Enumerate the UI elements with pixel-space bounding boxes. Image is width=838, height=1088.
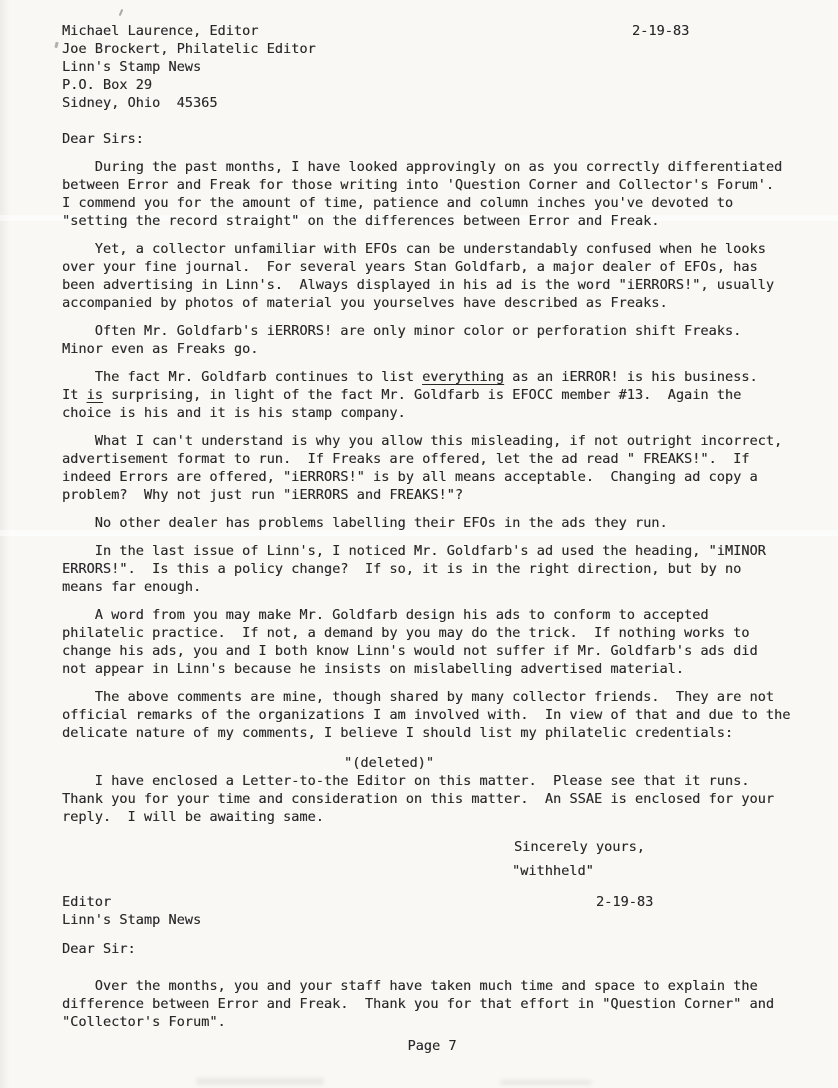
letter-line: been advertising in Linn's. Always displ… bbox=[62, 276, 802, 294]
page-number: Page 7 bbox=[62, 1037, 802, 1055]
text-segment: Thank you for your time and consideratio… bbox=[62, 791, 774, 807]
letter-paragraph: A word from you may make Mr. Goldfarb de… bbox=[62, 606, 802, 678]
text-segment: P.O. Box 29 bbox=[62, 77, 152, 93]
text-segment: I commend you for the amount of time, pa… bbox=[62, 195, 733, 211]
scan-smudge bbox=[500, 1080, 592, 1085]
text-segment: official remarks of the organizations I … bbox=[62, 707, 790, 723]
text-segment: "setting the record straight" on the dif… bbox=[62, 213, 659, 229]
text-segment: indeed Errors are offered, "iERRORS!" is… bbox=[62, 469, 758, 485]
text-segment: In the last issue of Linn's, I noticed M… bbox=[62, 543, 766, 559]
text-segment: delicate nature of my comments, I believ… bbox=[62, 725, 733, 741]
letter-line: The fact Mr. Goldfarb continues to list … bbox=[62, 368, 802, 386]
letter-line: not appear in Linn's because he insists … bbox=[62, 660, 802, 678]
letter-line: means far enough. bbox=[62, 578, 802, 596]
letter-line: Michael Laurence, Editor bbox=[62, 22, 802, 40]
text-segment: Linn's Stamp News bbox=[62, 59, 201, 75]
letter-paragraph: No other dealer has problems labelling t… bbox=[62, 514, 802, 532]
second-letter-date: 2-19-83 bbox=[596, 893, 653, 911]
signoff: Sincerely yours, bbox=[514, 838, 802, 856]
text-segment: reply. I will be awaiting same. bbox=[62, 809, 324, 825]
text-segment: surprising, in light of the fact Mr. Gol… bbox=[103, 387, 741, 403]
letter-line: P.O. Box 29 bbox=[62, 76, 802, 94]
text-segment: A word from you may make Mr. Goldfarb de… bbox=[62, 607, 709, 623]
letter-line: "Collector's Forum". bbox=[62, 1013, 802, 1031]
text-segment: means far enough. bbox=[62, 579, 201, 595]
letter-line: I have enclosed a Letter-to-the Editor o… bbox=[62, 772, 802, 790]
scan-artifact-mark bbox=[54, 42, 58, 49]
second-letter-recipient: EditorLinn's Stamp News bbox=[62, 893, 802, 929]
text-segment: advertisement format to run. If Freaks a… bbox=[62, 451, 749, 467]
salutation: Dear Sirs: bbox=[62, 130, 802, 148]
text-segment: choice is his and it is his stamp compan… bbox=[62, 405, 406, 421]
letter-line: indeed Errors are offered, "iERRORS!" is… bbox=[62, 468, 802, 486]
text-segment: During the past months, I have looked ap… bbox=[62, 159, 782, 175]
letter-line: Joe Brockert, Philatelic Editor bbox=[62, 40, 802, 58]
text-segment: between Error and Freak for those writin… bbox=[62, 177, 774, 193]
letter-line: advertisement format to run. If Freaks a… bbox=[62, 450, 802, 468]
text-segment: philatelic practice. If not, a demand by… bbox=[62, 625, 749, 641]
letter-line: ERRORS!". Is this a policy change? If so… bbox=[62, 560, 802, 578]
letter-line: During the past months, I have looked ap… bbox=[62, 158, 802, 176]
text-segment: as an iERROR! is his business. bbox=[504, 369, 758, 385]
letter-paragraph: Often Mr. Goldfarb's iERRORS! are only m… bbox=[62, 322, 802, 358]
letter-line: In the last issue of Linn's, I noticed M… bbox=[62, 542, 802, 560]
scan-smudge bbox=[196, 1078, 324, 1085]
text-segment: The fact Mr. Goldfarb continues to list bbox=[62, 369, 422, 385]
letter-paragraph: During the past months, I have looked ap… bbox=[62, 158, 802, 230]
text-segment: change his ads, you and I both know Linn… bbox=[62, 643, 758, 659]
letter-content: Michael Laurence, EditorJoe Brockert, Ph… bbox=[62, 22, 802, 1055]
text-segment: Minor even as Freaks go. bbox=[62, 341, 258, 357]
text-segment: Sidney, Ohio 45365 bbox=[62, 95, 218, 111]
letter-paragraph: In the last issue of Linn's, I noticed M… bbox=[62, 542, 802, 596]
letter-paragraph: Yet, a collector unfamiliar with EFOs ca… bbox=[62, 240, 802, 312]
letter-line: Editor bbox=[62, 893, 802, 911]
letter-line: "setting the record straight" on the dif… bbox=[62, 212, 802, 230]
text-segment: ERRORS!". Is this a policy change? If so… bbox=[62, 561, 741, 577]
letter-line: official remarks of the organizations I … bbox=[62, 706, 802, 724]
letter-line: problem? Why not just run "iERRORS and F… bbox=[62, 486, 802, 504]
text-segment: Editor bbox=[62, 894, 111, 910]
letter-line: Thank you for your time and consideratio… bbox=[62, 790, 802, 808]
text-segment: been advertising in Linn's. Always displ… bbox=[62, 277, 774, 293]
letter-line: accompanied by photos of material you yo… bbox=[62, 294, 802, 312]
text-segment: problem? Why not just run "iERRORS and F… bbox=[62, 487, 463, 503]
text-segment: Yet, a collector unfamiliar with EFOs ca… bbox=[62, 241, 766, 257]
letter-line: Over the months, you and your staff have… bbox=[62, 977, 802, 995]
letter-line: difference between Error and Freak. Than… bbox=[62, 995, 802, 1013]
text-segment: Linn's Stamp News bbox=[62, 912, 201, 928]
letter-line: over your fine journal. For several year… bbox=[62, 258, 802, 276]
letter-line: Minor even as Freaks go. bbox=[62, 340, 802, 358]
letter-line: Linn's Stamp News bbox=[62, 911, 802, 929]
letter-line: A word from you may make Mr. Goldfarb de… bbox=[62, 606, 802, 624]
letter-line: Linn's Stamp News bbox=[62, 58, 802, 76]
letter-paragraph: Over the months, you and your staff have… bbox=[62, 977, 802, 1031]
text-segment: The above comments are mine, though shar… bbox=[62, 689, 774, 705]
letter-line: reply. I will be awaiting same. bbox=[62, 808, 802, 826]
scan-artifact-mark bbox=[119, 9, 124, 16]
second-letter-header: EditorLinn's Stamp News 2-19-83 bbox=[62, 893, 802, 929]
text-segment: Over the months, you and your staff have… bbox=[62, 978, 758, 994]
letter-paragraph: I have enclosed a Letter-to-the Editor o… bbox=[62, 772, 802, 826]
letter-paragraph: The fact Mr. Goldfarb continues to list … bbox=[62, 368, 802, 422]
text-segment: It bbox=[62, 387, 87, 403]
deleted-credentials-note: "(deleted)" bbox=[344, 754, 802, 772]
text-segment: Michael Laurence, Editor bbox=[62, 23, 258, 39]
text-segment: Often Mr. Goldfarb's iERRORS! are only m… bbox=[62, 323, 741, 339]
text-segment: Joe Brockert, Philatelic Editor bbox=[62, 41, 316, 57]
signature-withheld: "withheld" bbox=[512, 862, 802, 880]
text-segment: is bbox=[87, 387, 103, 403]
letter-line: Yet, a collector unfamiliar with EFOs ca… bbox=[62, 240, 802, 258]
letter-line: I commend you for the amount of time, pa… bbox=[62, 194, 802, 212]
recipient-address-block: Michael Laurence, EditorJoe Brockert, Ph… bbox=[62, 22, 802, 112]
letter-line: change his ads, you and I both know Linn… bbox=[62, 642, 802, 660]
letter-scan-page: 2-19-83 Michael Laurence, EditorJoe Broc… bbox=[0, 0, 838, 1088]
text-segment: not appear in Linn's because he insists … bbox=[62, 661, 684, 677]
letter-line: choice is his and it is his stamp compan… bbox=[62, 404, 802, 422]
text-segment: over your fine journal. For several year… bbox=[62, 259, 758, 275]
letter-line: No other dealer has problems labelling t… bbox=[62, 514, 802, 532]
letter-line: Often Mr. Goldfarb's iERRORS! are only m… bbox=[62, 322, 802, 340]
text-segment: accompanied by photos of material you yo… bbox=[62, 295, 668, 311]
letter-line: between Error and Freak for those writin… bbox=[62, 176, 802, 194]
text-segment: everything bbox=[422, 369, 504, 385]
letter-line: delicate nature of my comments, I believ… bbox=[62, 724, 802, 742]
letter-line: It is surprising, in light of the fact M… bbox=[62, 386, 802, 404]
letter-line: philatelic practice. If not, a demand by… bbox=[62, 624, 802, 642]
text-segment: difference between Error and Freak. Than… bbox=[62, 996, 774, 1012]
letter-line: Sidney, Ohio 45365 bbox=[62, 94, 802, 112]
letter-paragraph: The above comments are mine, though shar… bbox=[62, 688, 802, 742]
letter-line: What I can't understand is why you allow… bbox=[62, 432, 802, 450]
text-segment: What I can't understand is why you allow… bbox=[62, 433, 782, 449]
letter-line: The above comments are mine, though shar… bbox=[62, 688, 802, 706]
second-letter-salutation: Dear Sir: bbox=[62, 940, 802, 958]
text-segment: I have enclosed a Letter-to-the Editor o… bbox=[62, 773, 749, 789]
text-segment: No other dealer has problems labelling t… bbox=[62, 515, 668, 531]
letter-paragraph: What I can't understand is why you allow… bbox=[62, 432, 802, 504]
text-segment: "Collector's Forum". bbox=[62, 1014, 226, 1030]
scan-edge-shading bbox=[0, 0, 10, 1088]
